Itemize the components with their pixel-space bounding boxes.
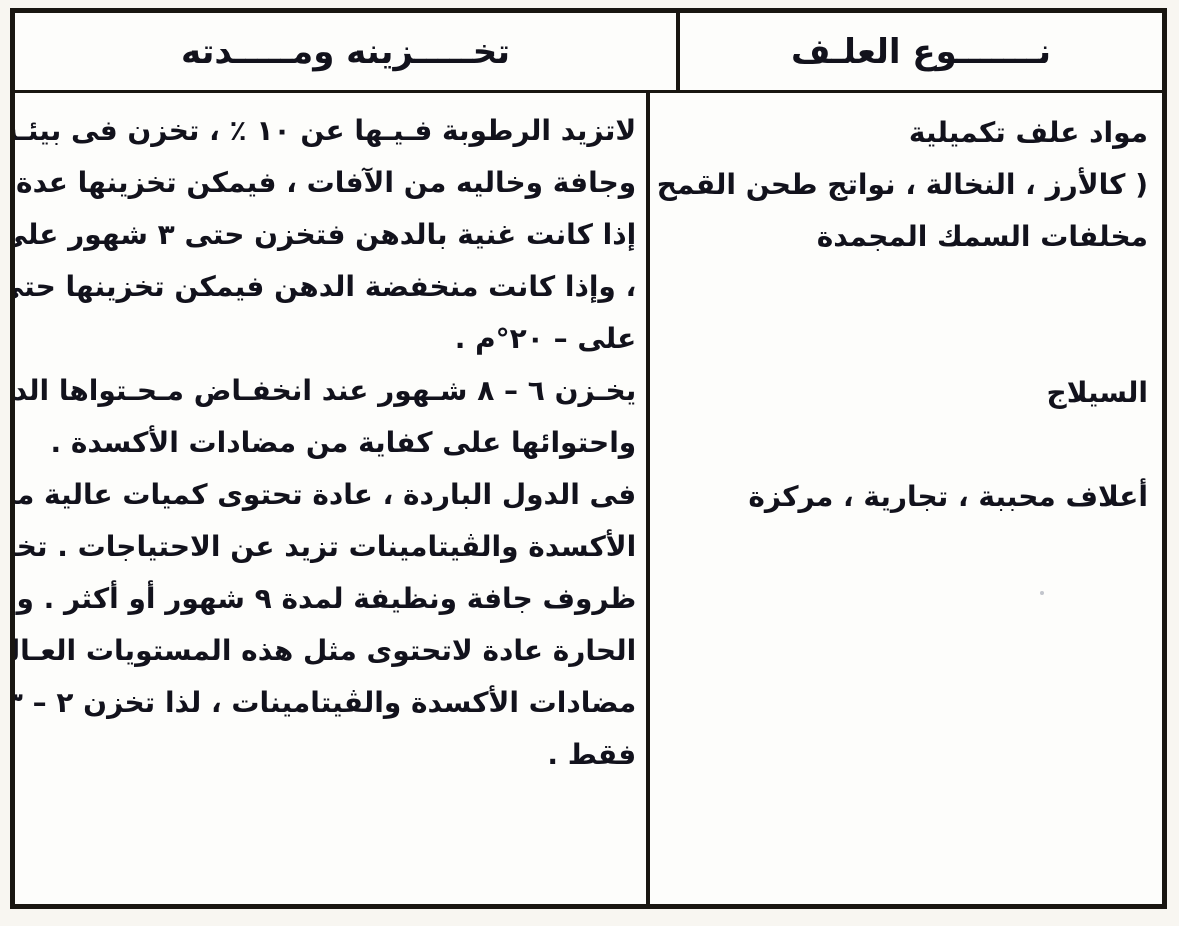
storage-line: إذا كانت غنية بالدهن فتخزن حتى ٣ شهور عل… <box>29 209 636 261</box>
feed-type-item: مخلفات السمك المجمدة <box>658 211 1148 263</box>
storage-column-header: تخـــــزينه ومـــــدته <box>181 32 510 72</box>
header-cell-storage: تخـــــزينه ومـــــدته <box>15 13 680 90</box>
storage-line: فى الدول الباردة ، عادة تحتوى كميات عالي… <box>29 469 636 521</box>
header-cell-feed-type: نـــــــوع العلـف <box>680 13 1162 90</box>
storage-line: فقط . <box>29 729 636 781</box>
storage-line: واحتوائها على كفاية من مضادات الأكسدة . <box>29 417 636 469</box>
feed-types-cell: مواد علف تكميلية ( كالأرز ، النخالة ، نو… <box>650 93 1162 904</box>
feed-storage-table: تخـــــزينه ومـــــدته نـــــــوع العلـف… <box>10 8 1167 909</box>
feed-type-item: السيلاج <box>658 367 1148 419</box>
storage-line: الحارة عادة لاتحتوى مثل هذه المستويات ال… <box>29 625 636 677</box>
storage-line: ، وإذا كانت منخفضة الدهن فيمكن تخزينها ح… <box>29 261 636 313</box>
feed-type-item: ( كالأرز ، النخالة ، نواتج طحن القمح ) <box>658 159 1148 211</box>
scan-speck <box>1040 591 1044 595</box>
storage-details-cell: لاتزيد الرطوبة فـيـها عن ١٠ ٪ ، تخزن فى … <box>15 93 650 904</box>
feed-type-item: أعلاف محببة ، تجارية ، مركزة <box>658 471 1148 523</box>
scanned-page: تخـــــزينه ومـــــدته نـــــــوع العلـف… <box>0 0 1179 926</box>
feed-type-item: مواد علف تكميلية <box>658 107 1148 159</box>
storage-line: الأكسدة والڤيتامينات تزيد عن الاحتياجات … <box>29 521 636 573</box>
storage-line: لاتزيد الرطوبة فـيـها عن ١٠ ٪ ، تخزن فى … <box>29 105 636 157</box>
feed-type-column-header: نـــــــوع العلـف <box>791 32 1051 72</box>
storage-line: مضادات الأكسدة والڤيتامينات ، لذا تخزن ٢… <box>29 677 636 729</box>
storage-line: على – ٢٠°م . <box>29 313 636 365</box>
table-header-row: تخـــــزينه ومـــــدته نـــــــوع العلـف <box>15 13 1162 93</box>
storage-line: يخـزن ٦ – ٨ شـهور عند انخفـاض مـحـتواها … <box>29 365 636 417</box>
storage-line: ظروف جافة ونظيفة لمدة ٩ شهور أو أكثر . و… <box>29 573 636 625</box>
table-body-row: لاتزيد الرطوبة فـيـها عن ١٠ ٪ ، تخزن فى … <box>15 93 1162 904</box>
storage-line: وجافة وخاليه من الآفات ، فيمكن تخزينها ع… <box>29 157 636 209</box>
